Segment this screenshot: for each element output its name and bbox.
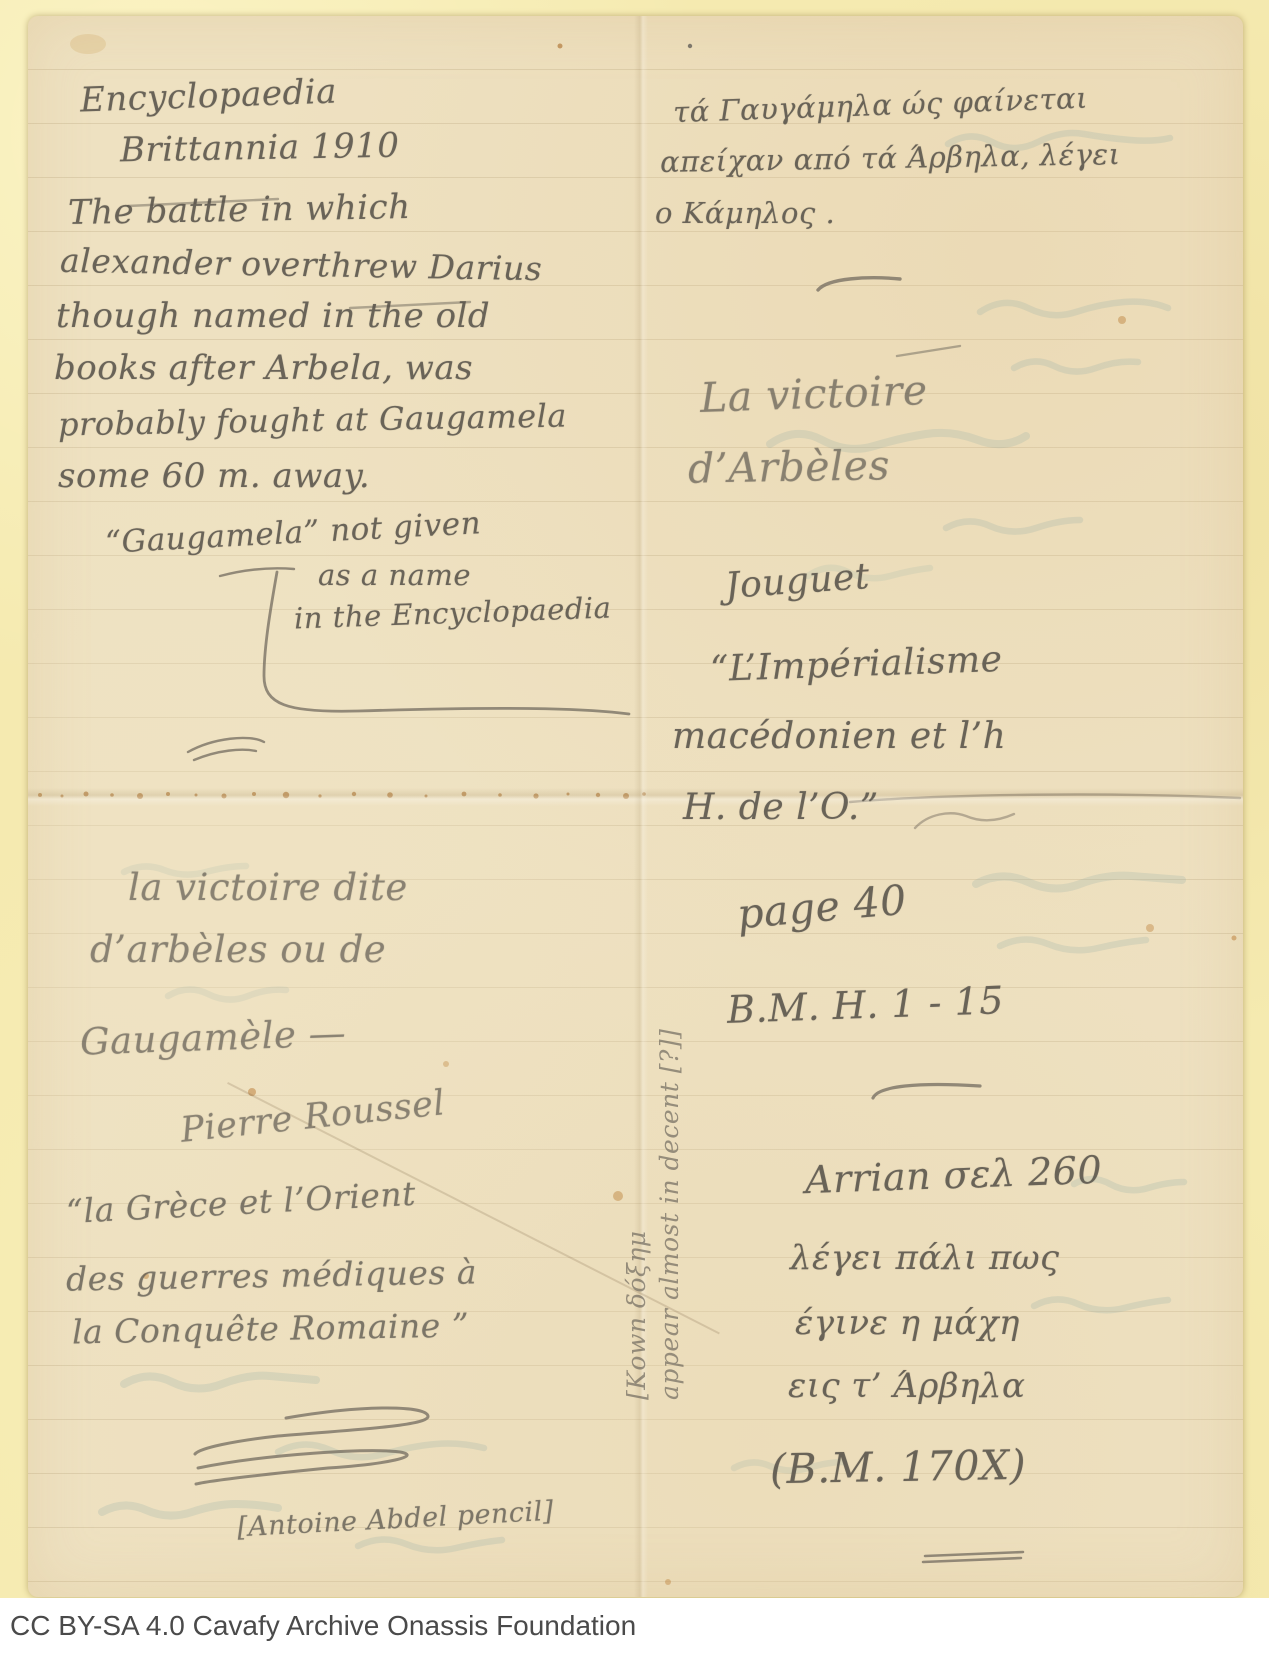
note-aside-line: “Gaugamela” not given (104, 506, 482, 560)
note-victoire-dite-line: Gaugamèle — (79, 1013, 346, 1063)
license-caption-bar: CC BY-SA 4.0 Cavafy Archive Onassis Foun… (0, 1598, 1269, 1653)
note-arrian-line: έγινε η μάχη (795, 1305, 1020, 1342)
scanned-manuscript-view: { "license_bar": { "text": "CC BY-SA 4.0… (0, 0, 1269, 1653)
note-source-title: Encyclopaedia (79, 74, 337, 120)
note-jouguet-line: “L’Impérialisme (709, 640, 1003, 690)
note-book-title-line: la Conquête Romaine ” (72, 1308, 470, 1351)
note-la-victoire-line: La victoire (699, 368, 928, 421)
note-footnote: [Antoine Abdel pencil] (236, 1497, 554, 1543)
vertical-marginal-note-line: appear almost in decent [?]] (653, 1029, 686, 1400)
note-jouguet-line: macédonien et l’h (672, 717, 1006, 757)
license-caption-text: CC BY-SA 4.0 Cavafy Archive Onassis Foun… (0, 1610, 636, 1642)
greek-note-line: τά Γαυγάμηλα ώς φαίνεται (673, 83, 1089, 129)
note-roussel-name: Pierre Roussel (179, 1084, 447, 1150)
note-book-title-line: des guerres médiques à (66, 1254, 478, 1297)
note-book-title-line: “la Grèce et l’Orient (65, 1176, 416, 1231)
note-arrian-line: λέγει πάλι πως (790, 1240, 1060, 1277)
note-victoire-dite-line: la victoire dite (128, 868, 408, 909)
note-la-victoire-line: d’Arbèles (688, 443, 891, 492)
note-page-ref: page 40 (735, 878, 908, 938)
note-body-line: alexander overthrew Darius (60, 243, 543, 288)
note-arrian-line: Arrian σελ 260 (804, 1150, 1102, 1202)
vertical-marginal-note-line: [Κown δόξημ (620, 1029, 653, 1400)
note-victoire-dite-line: d’arbèles ou de (90, 930, 386, 971)
manuscript-page: Encyclopaedia Brittannia 1910 The battle… (28, 16, 1243, 1597)
greek-note-line: απείχαν από τά Άρβηλα, λέγει (660, 139, 1121, 179)
greek-note-line: ο Κάμηλος . (655, 198, 835, 230)
note-jouguet-line: H. de l’O.” (683, 788, 879, 828)
note-body-line: probably fought at Gaugamela (58, 399, 567, 443)
note-body-line: though named in the old (56, 298, 490, 335)
note-aside-line: as a name (318, 560, 471, 592)
note-bm-number: (B.M. 170Χ) (770, 1443, 1027, 1493)
note-bm-ref: B.M. H. 1 - 15 (726, 980, 1004, 1031)
note-body-line: The battle in which (68, 189, 411, 232)
note-source-title-2: Brittannia 1910 (120, 128, 400, 170)
vertical-marginal-note: [Κown δόξημ appear almost in decent [?]] (620, 1029, 686, 1400)
note-aside-line: in the Encyclopaedia (294, 592, 612, 635)
note-body-line: some 60 m. away. (58, 458, 370, 495)
note-jouguet-line: Jouguet (724, 557, 871, 607)
note-body-line: books after Arbela, was (54, 350, 473, 387)
note-arrian-line: εις τ’ Άρβηλα (788, 1368, 1025, 1405)
